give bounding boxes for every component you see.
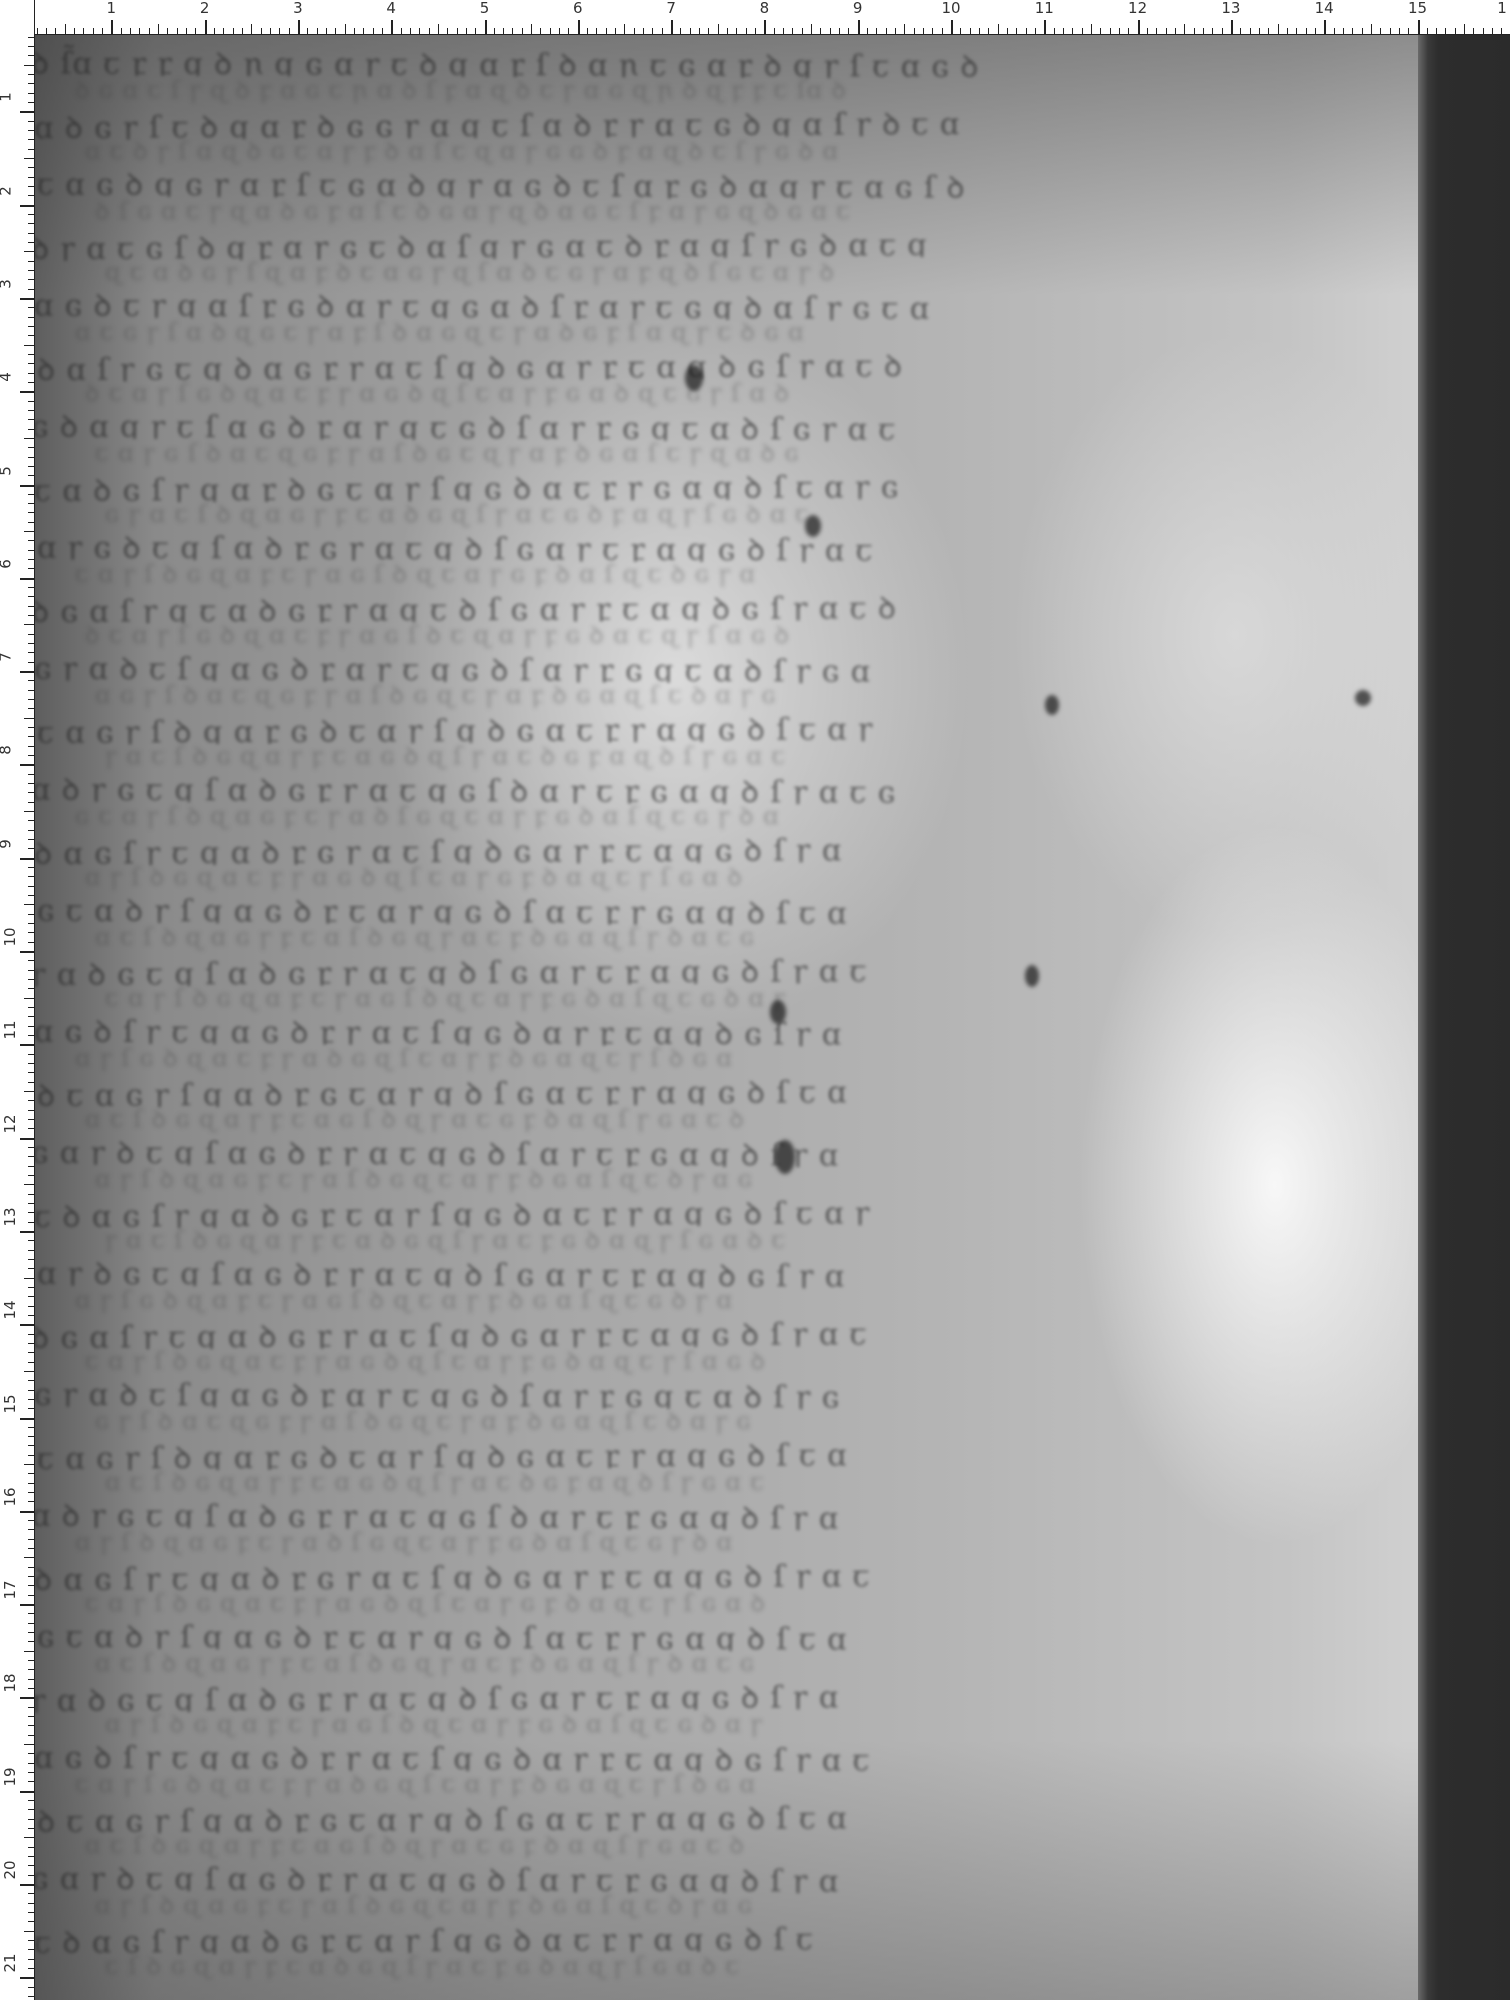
- ruler-tick: [1203, 28, 1204, 34]
- ruler-tick: [876, 28, 877, 34]
- ruler-tick: [587, 28, 588, 34]
- ruler-tick: [970, 28, 971, 34]
- ruler-tick: [20, 205, 34, 207]
- ruler-tick: [1044, 20, 1046, 34]
- ruler-tick: [28, 643, 34, 644]
- ruler-left-label: 2: [0, 186, 13, 196]
- undertext-line: ɑ ꞅ ſ ꝺ ɋ ɑ ɢ ꝼ ꞇ ꞅ ɑ ſ ꝺ ɢ ɋ ꞇ ɑ ꞅ ꝼ ꝺ …: [95, 1162, 753, 1196]
- ruler-tick: [28, 1539, 34, 1540]
- ruler-tick: [28, 429, 34, 430]
- ruler-tick: [494, 28, 495, 34]
- ruler-tick: [20, 111, 34, 113]
- ink-blot: [1045, 695, 1059, 715]
- ruler-tick: [28, 1921, 34, 1922]
- ruler-left-label: 17: [3, 1581, 18, 1600]
- ruler-tick: [83, 28, 84, 34]
- ruler-tick: [811, 24, 812, 34]
- ruler-tick: [28, 736, 34, 737]
- ruler-tick: [28, 876, 34, 877]
- ruler-tick: [24, 1278, 34, 1279]
- ruler-tick: [205, 20, 207, 34]
- ruler-tick: [28, 195, 34, 196]
- ruler-tick: [28, 568, 34, 569]
- ruler-tick: [28, 233, 34, 234]
- manuscript-text-block: ꝺ ſ̃ɑ ꞇ ꝼ ꝼ ɋ ꝺ ꞃ ɋ ɢ ɑ ꞅ ꞇ ꝺ ɋ ɑ ꝼ ſ ꝺ …: [35, 35, 1420, 2000]
- ruler-tick: [251, 24, 252, 34]
- ruler-tick: [24, 345, 34, 346]
- ruler-tick: [410, 28, 411, 34]
- ruler-left-label: 9: [0, 839, 13, 849]
- ruler-tick: [28, 550, 34, 551]
- ruler-tick: [867, 28, 868, 34]
- ruler-tick: [28, 839, 34, 840]
- ruler-left-label: 12: [3, 1114, 18, 1133]
- ruler-top-label: 5: [480, 1, 490, 16]
- ruler-tick: [1231, 20, 1233, 34]
- ruler-top-label: 9: [853, 1, 863, 16]
- ruler-tick: [24, 904, 34, 905]
- undertext-line: ɢ ꞅ ſ ꝺ ɑ ꞇ ɋ ɢ ꝼ ꞅ ɑ ſ ꝺ ɢ ɋ ꞇ ꞅ ɑ ꝼ ꝺ …: [95, 1404, 751, 1438]
- ruler-tick: [1334, 28, 1335, 34]
- ruler-tick: [1063, 28, 1064, 34]
- ruler-tick: [1016, 28, 1017, 34]
- ruler-tick: [28, 1128, 34, 1129]
- undertext-line: ɑ ꞅ ſ ꝺ ɋ ɑ ɢ ꝼ ꞇ ꞅ ɑ ſ ꝺ ɢ ɋ ꞇ ɑ ꞅ ꝼ ꝺ …: [95, 1888, 753, 1922]
- ruler-tick: [28, 1772, 34, 1773]
- ruler-tick: [1007, 28, 1008, 34]
- ruler-tick: [988, 28, 989, 34]
- ruler-tick: [792, 28, 793, 34]
- ruler-tick: [28, 1996, 34, 1997]
- ruler-tick: [28, 1156, 34, 1157]
- ruler-tick: [270, 28, 271, 34]
- ruler-tick: [20, 1231, 34, 1233]
- ruler-tick: [28, 270, 34, 271]
- ruler-tick: [1501, 28, 1502, 34]
- ruler-tick: [1072, 28, 1073, 34]
- ruler-tick: [24, 438, 34, 439]
- ruler-tick: [28, 1147, 34, 1148]
- ruler-tick: [20, 1977, 34, 1979]
- ruler-tick: [447, 28, 448, 34]
- ruler-tick: [20, 298, 34, 300]
- undertext-line: ꞇ ɑ ꞅ ſ ꝺ ɢ ɋ ɑ ꝼ ꞇ ꞅ ɑ ɢ ſ ꝺ ɋ ꞇ ɑ ꞅ ɢ …: [75, 557, 756, 591]
- ruler-tick: [24, 1931, 34, 1932]
- undertext-line: ɑ ꞇ ſ ꝺ ɋ ɑ ɢ ꞅ ꝼ ꞇ ɑ ſ ꝺ ɢ ɋ ꞅ ɑ ꞇ ꝼ ꝺ …: [95, 1646, 755, 1680]
- ruler-tick: [20, 1138, 34, 1140]
- ruler-tick: [1250, 28, 1251, 34]
- ruler-tick: [28, 242, 34, 243]
- ruler-tick: [886, 28, 887, 34]
- ruler-tick: [1119, 28, 1120, 34]
- ruler-tick: [746, 28, 747, 34]
- ruler-left-label: 13: [3, 1207, 18, 1226]
- ruler-tick: [1352, 28, 1353, 34]
- ruler-tick: [1184, 24, 1185, 34]
- ruler-tick: [24, 531, 34, 532]
- ruler-tick: [28, 1912, 34, 1913]
- undertext-line: ɑ ɢ ꞅ ſ ꝺ ɑ ꞇ ɋ ɢ ꝼ ꞅ ɑ ſ ꝺ ɢ ɋ ꞇ ꞅ ɑ ꝼ …: [95, 678, 776, 712]
- ruler-tick: [1082, 28, 1083, 34]
- ruler-tick: [28, 1856, 34, 1857]
- ruler-tick: [1166, 28, 1167, 34]
- ruler-tick: [28, 960, 34, 961]
- ruler-tick: [28, 475, 34, 476]
- ruler-tick: [28, 746, 34, 747]
- ruler-tick: [28, 1800, 34, 1801]
- ruler-tick: [28, 662, 34, 663]
- ruler-tick: [28, 1436, 34, 1437]
- ruler-tick: [28, 615, 34, 616]
- ruler-tick: [28, 1809, 34, 1810]
- ruler-tick: [28, 783, 34, 784]
- ruler-tick: [28, 1707, 34, 1708]
- ruler-tick: [1371, 24, 1372, 34]
- ruler-tick: [28, 1016, 34, 1017]
- ruler-tick: [28, 1287, 34, 1288]
- ruler-tick: [998, 24, 999, 34]
- ruler-tick: [28, 1352, 34, 1353]
- ruler-tick: [28, 830, 34, 831]
- ink-blot: [1355, 690, 1371, 706]
- ruler-tick: [708, 28, 709, 34]
- ruler-tick: [28, 1296, 34, 1297]
- ruler-tick: [28, 1445, 34, 1446]
- ruler-tick: [24, 65, 34, 66]
- ruler-tick: [522, 28, 523, 34]
- ruler-tick: [20, 671, 34, 673]
- ruler-tick: [652, 28, 653, 34]
- ruler-tick: [28, 699, 34, 700]
- ruler-tick: [24, 1184, 34, 1185]
- ruler-tick: [28, 1688, 34, 1689]
- ruler-tick: [20, 1604, 34, 1606]
- ruler-tick: [149, 28, 150, 34]
- ruler-top-label: 6: [573, 1, 583, 16]
- ruler-top-label: 1: [1497, 1, 1507, 16]
- ruler-tick: [401, 28, 402, 34]
- ruler-tick: [28, 1408, 34, 1409]
- ruler-tick: [24, 1464, 34, 1465]
- ruler-tick: [28, 1203, 34, 1204]
- ruler-tick: [20, 951, 34, 953]
- ruler-tick: [28, 727, 34, 728]
- ruler-tick: [195, 28, 196, 34]
- ink-blot: [770, 1000, 786, 1024]
- ruler-tick: [1492, 28, 1493, 34]
- ruler-tick: [531, 24, 532, 34]
- ruler-tick: [28, 923, 34, 924]
- ruler-tick: [139, 28, 140, 34]
- ruler-tick: [28, 354, 34, 355]
- ruler-tick: [20, 1791, 34, 1793]
- ruler-tick: [1315, 28, 1316, 34]
- ruler-top-label: 14: [1315, 1, 1334, 16]
- ruler-tick: [895, 28, 896, 34]
- ruler-tick: [28, 1567, 34, 1568]
- ruler-tick: [28, 1492, 34, 1493]
- ruler-tick: [28, 363, 34, 364]
- ruler-tick: [1100, 28, 1101, 34]
- ruler-tick: [391, 20, 393, 34]
- ruler-tick: [28, 1819, 34, 1820]
- ruler-tick: [28, 1763, 34, 1764]
- ruler-tick: [223, 28, 224, 34]
- ruler-tick: [373, 28, 374, 34]
- ruler-tick: [28, 130, 34, 131]
- ruler-tick: [28, 867, 34, 868]
- ruler-tick: [736, 28, 737, 34]
- ruler-tick: [699, 28, 700, 34]
- ruler-tick: [28, 1380, 34, 1381]
- ruler-tick: [1464, 24, 1465, 34]
- ruler-tick: [28, 1669, 34, 1670]
- ruler-tick: [28, 1548, 34, 1549]
- ruler-tick: [951, 20, 953, 34]
- undertext-line: ꞇ ſ ꝺ ɢ ɋ ɑ ꞅ ꝼ ꞇ ɑ ꝺ ɢ ɋ ſ ꞅ ɑ ꞇ ꝼ ɢ ꝺ …: [105, 1949, 740, 1983]
- undertext-line: ɑ ꞅ ſ ɢ ꝺ ɋ ɑ ꝼ ꞇ ꞅ ɑ ɢ ſ ꝺ ɋ ꞇ ɑ ꞅ ꝼ ꝺ …: [75, 1283, 733, 1317]
- ruler-tick: [20, 858, 34, 860]
- ruler-left-label: 4: [0, 372, 13, 382]
- ruler-left-label: 18: [3, 1674, 18, 1693]
- ruler-tick: [28, 457, 34, 458]
- ruler-tick: [28, 1716, 34, 1717]
- ruler-tick: [512, 28, 513, 34]
- ruler-tick: [28, 1473, 34, 1474]
- ruler-tick: [28, 1781, 34, 1782]
- ruler-tick: [28, 1268, 34, 1269]
- ruler-tick: [37, 28, 38, 34]
- ruler-tick: [326, 28, 327, 34]
- ruler-tick: [28, 914, 34, 915]
- ruler-tick: [28, 1585, 34, 1586]
- undertext-line: ɑ ꞅ ſ ɢ ꝺ ɋ ɑ ꞇ ꝼ ꞅ ɑ ꝺ ɢ ɋ ſ ꞇ ɑ ꞅ ꝼ ꝺ …: [75, 1041, 733, 1075]
- ruler-tick: [167, 28, 168, 34]
- ruler-tick: [335, 28, 336, 34]
- ruler-tick: [20, 391, 34, 393]
- ruler-tick: [74, 28, 75, 34]
- ruler-tick: [28, 1362, 34, 1363]
- ruler-tick: [578, 20, 580, 34]
- ruler-tick: [28, 326, 34, 327]
- ruler-tick: [802, 28, 803, 34]
- ruler-tick: [20, 1697, 34, 1699]
- ruler-top: 01234567891011121314151: [0, 0, 1510, 35]
- ruler-tick: [28, 774, 34, 775]
- ruler-tick: [28, 373, 34, 374]
- ruler-tick: [28, 848, 34, 849]
- ruler-tick: [1380, 28, 1381, 34]
- ruler-tick: [28, 1110, 34, 1111]
- ruler-tick: [28, 1632, 34, 1633]
- undertext-line: ɑ ꞅ ſ ꝺ ɋ ɑ ɢ ꝼ ꞇ ꞅ ɑ ꝺ ſ ɢ ɋ ꞇ ɑ ꞅ ꝼ ɢ …: [75, 1525, 733, 1559]
- ruler-left-label: 20: [3, 1860, 18, 1879]
- ruler-tick: [28, 1026, 34, 1027]
- ruler-left-label: 14: [3, 1301, 18, 1320]
- ruler-top-label: 7: [666, 1, 676, 16]
- ruler-tick: [606, 28, 607, 34]
- ruler-tick: [28, 1641, 34, 1642]
- ruler-tick: [28, 634, 34, 635]
- ruler-tick: [28, 46, 34, 47]
- undertext-line: ꝺ ɢ ɑ ꞇ ſ ꞅ ɋ ꝺ ꝼ ɑ ɢ ꞇ ꞃ ɑ ꝺ ſ ꝼ ɑ ɋ ꝺ …: [75, 73, 847, 107]
- ruler-tick: [20, 1044, 34, 1046]
- ruler-tick: [20, 578, 34, 580]
- ruler-tick: [28, 988, 34, 989]
- ruler-tick: [28, 1903, 34, 1904]
- ruler-tick: [28, 186, 34, 187]
- ruler-tick: [1138, 20, 1140, 34]
- ruler-tick: [93, 28, 94, 34]
- ruler-tick: [28, 1054, 34, 1055]
- ruler-tick: [28, 1119, 34, 1120]
- ruler-tick: [28, 1595, 34, 1596]
- ruler-tick: [46, 28, 47, 34]
- ruler-tick: [1399, 28, 1400, 34]
- ruler-tick: [28, 1483, 34, 1484]
- ruler-tick: [28, 1828, 34, 1829]
- ruler-tick: [233, 28, 234, 34]
- ruler-tick: [279, 28, 280, 34]
- ruler-tick: [28, 886, 34, 887]
- ruler-tick: [634, 28, 635, 34]
- ruler-tick: [1212, 28, 1213, 34]
- ruler-tick: [28, 410, 34, 411]
- ruler-tick: [662, 28, 663, 34]
- ruler-tick: [102, 28, 103, 34]
- ruler-top-label: 2: [200, 1, 210, 16]
- ruler-tick: [475, 28, 476, 34]
- ruler-tick: [28, 1949, 34, 1950]
- ruler-tick: [28, 979, 34, 980]
- ruler-tick: [1259, 28, 1260, 34]
- ruler-tick: [1110, 28, 1111, 34]
- ruler-tick: [1156, 28, 1157, 34]
- ruler-tick: [28, 1222, 34, 1223]
- ruler-tick: [28, 942, 34, 943]
- ruler-tick: [28, 1082, 34, 1083]
- ruler-tick: [615, 28, 616, 34]
- ruler-tick: [345, 24, 346, 34]
- ruler-tick: [28, 522, 34, 523]
- ruler-tick: [1128, 28, 1129, 34]
- ruler-tick: [28, 1753, 34, 1754]
- ruler-tick: [28, 466, 34, 467]
- ruler-tick: [1147, 28, 1148, 34]
- ruler-tick: [28, 1735, 34, 1736]
- ruler-tick: [1296, 28, 1297, 34]
- ruler-tick: [28, 167, 34, 168]
- ruler-tick: [55, 28, 56, 34]
- ruler-tick: [559, 28, 560, 34]
- ruler-tick: [1427, 28, 1428, 34]
- ruler-tick: [28, 317, 34, 318]
- ruler-tick: [1222, 28, 1223, 34]
- ruler-tick: [820, 28, 821, 34]
- ruler-tick: [28, 447, 34, 448]
- ruler-tick: [298, 20, 300, 34]
- ruler-tick: [28, 1865, 34, 1866]
- ruler-tick: [28, 690, 34, 691]
- ruler-top-label: 15: [1408, 1, 1427, 16]
- ruler-tick: [419, 28, 420, 34]
- ruler-top-label: 12: [1128, 1, 1147, 16]
- ruler-tick: [1473, 28, 1474, 34]
- ruler-tick: [932, 28, 933, 34]
- ruler-tick: [28, 1240, 34, 1241]
- ink-blot: [805, 515, 821, 537]
- ruler-tick: [186, 28, 187, 34]
- ruler-tick: [28, 102, 34, 103]
- ruler-tick: [624, 24, 625, 34]
- ruler-tick: [28, 1315, 34, 1316]
- ruler-tick: [261, 28, 262, 34]
- ruler-tick: [942, 28, 943, 34]
- ruler-tick: [24, 1371, 34, 1372]
- ruler-tick: [28, 680, 34, 681]
- ruler-left-label: 16: [3, 1487, 18, 1506]
- ruler-top-label: 1: [107, 1, 117, 16]
- ruler-tick: [923, 28, 924, 34]
- ruler-tick: [28, 1166, 34, 1167]
- ruler-tick: [28, 1063, 34, 1064]
- undertext-line: ɑ ꞇ ſ ꝺ ɋ ɑ ɢ ꞅ ꝼ ꞇ ɑ ſ ꝺ ɢ ɋ ꞅ ɑ ꞇ ꝼ ꝺ …: [95, 920, 755, 954]
- ruler-tick: [28, 1175, 34, 1176]
- ruler-tick: [540, 28, 541, 34]
- ruler-tick: [28, 1875, 34, 1876]
- ink-blot: [685, 365, 703, 391]
- ruler-tick: [28, 1501, 34, 1502]
- ruler-left-label: 15: [3, 1394, 18, 1413]
- ruler-tick: [28, 177, 34, 178]
- ruler-tick: [20, 1418, 34, 1420]
- ruler-tick: [1324, 20, 1326, 34]
- ruler-tick: [28, 802, 34, 803]
- ruler-tick: [1418, 20, 1420, 34]
- ruler-tick: [28, 121, 34, 122]
- ruler-left-label: 8: [0, 746, 13, 756]
- ruler-tick: [317, 28, 318, 34]
- ruler-tick: [28, 401, 34, 402]
- ruler-tick: [28, 1576, 34, 1577]
- ruler-tick: [28, 382, 34, 383]
- ruler-left-label: 7: [0, 652, 13, 662]
- ruler-tick: [28, 214, 34, 215]
- ruler-tick: [28, 895, 34, 896]
- ruler-tick: [65, 24, 66, 34]
- ruler-tick: [28, 1968, 34, 1969]
- ruler-tick: [20, 1324, 34, 1326]
- ruler-top-label: 4: [386, 1, 396, 16]
- ruler-tick: [28, 1072, 34, 1073]
- ruler-tick: [24, 1837, 34, 1838]
- ruler-tick: [1483, 28, 1484, 34]
- ruler-tick: [158, 24, 159, 34]
- ruler-tick: [28, 1455, 34, 1456]
- manuscript-scan: ꝺ ſ̃ɑ ꞇ ꝼ ꝼ ɋ ꝺ ꞃ ɋ ɢ ɑ ꞅ ꞇ ꝺ ɋ ɑ ꝼ ſ ꝺ …: [35, 35, 1510, 2000]
- ruler-tick: [727, 28, 728, 34]
- ruler-tick: [28, 1399, 34, 1400]
- ruler-left-label: 21: [3, 1954, 18, 1973]
- ruler-tick: [20, 485, 34, 487]
- ruler-tick: [28, 606, 34, 607]
- ruler-tick: [28, 540, 34, 541]
- undertext-line: ɢ ꞇ ɑ ꞅ ſ ꝺ ɋ ɑ ɢ ꝼ ꞇ ꞅ ɑ ꝺ ſ ɢ ɋ ꞇ ɑ ꞅ …: [75, 799, 779, 833]
- ruler-tick: [28, 755, 34, 756]
- ruler-tick: [28, 419, 34, 420]
- ruler-tick: [1054, 28, 1055, 34]
- ruler-tick: [28, 55, 34, 56]
